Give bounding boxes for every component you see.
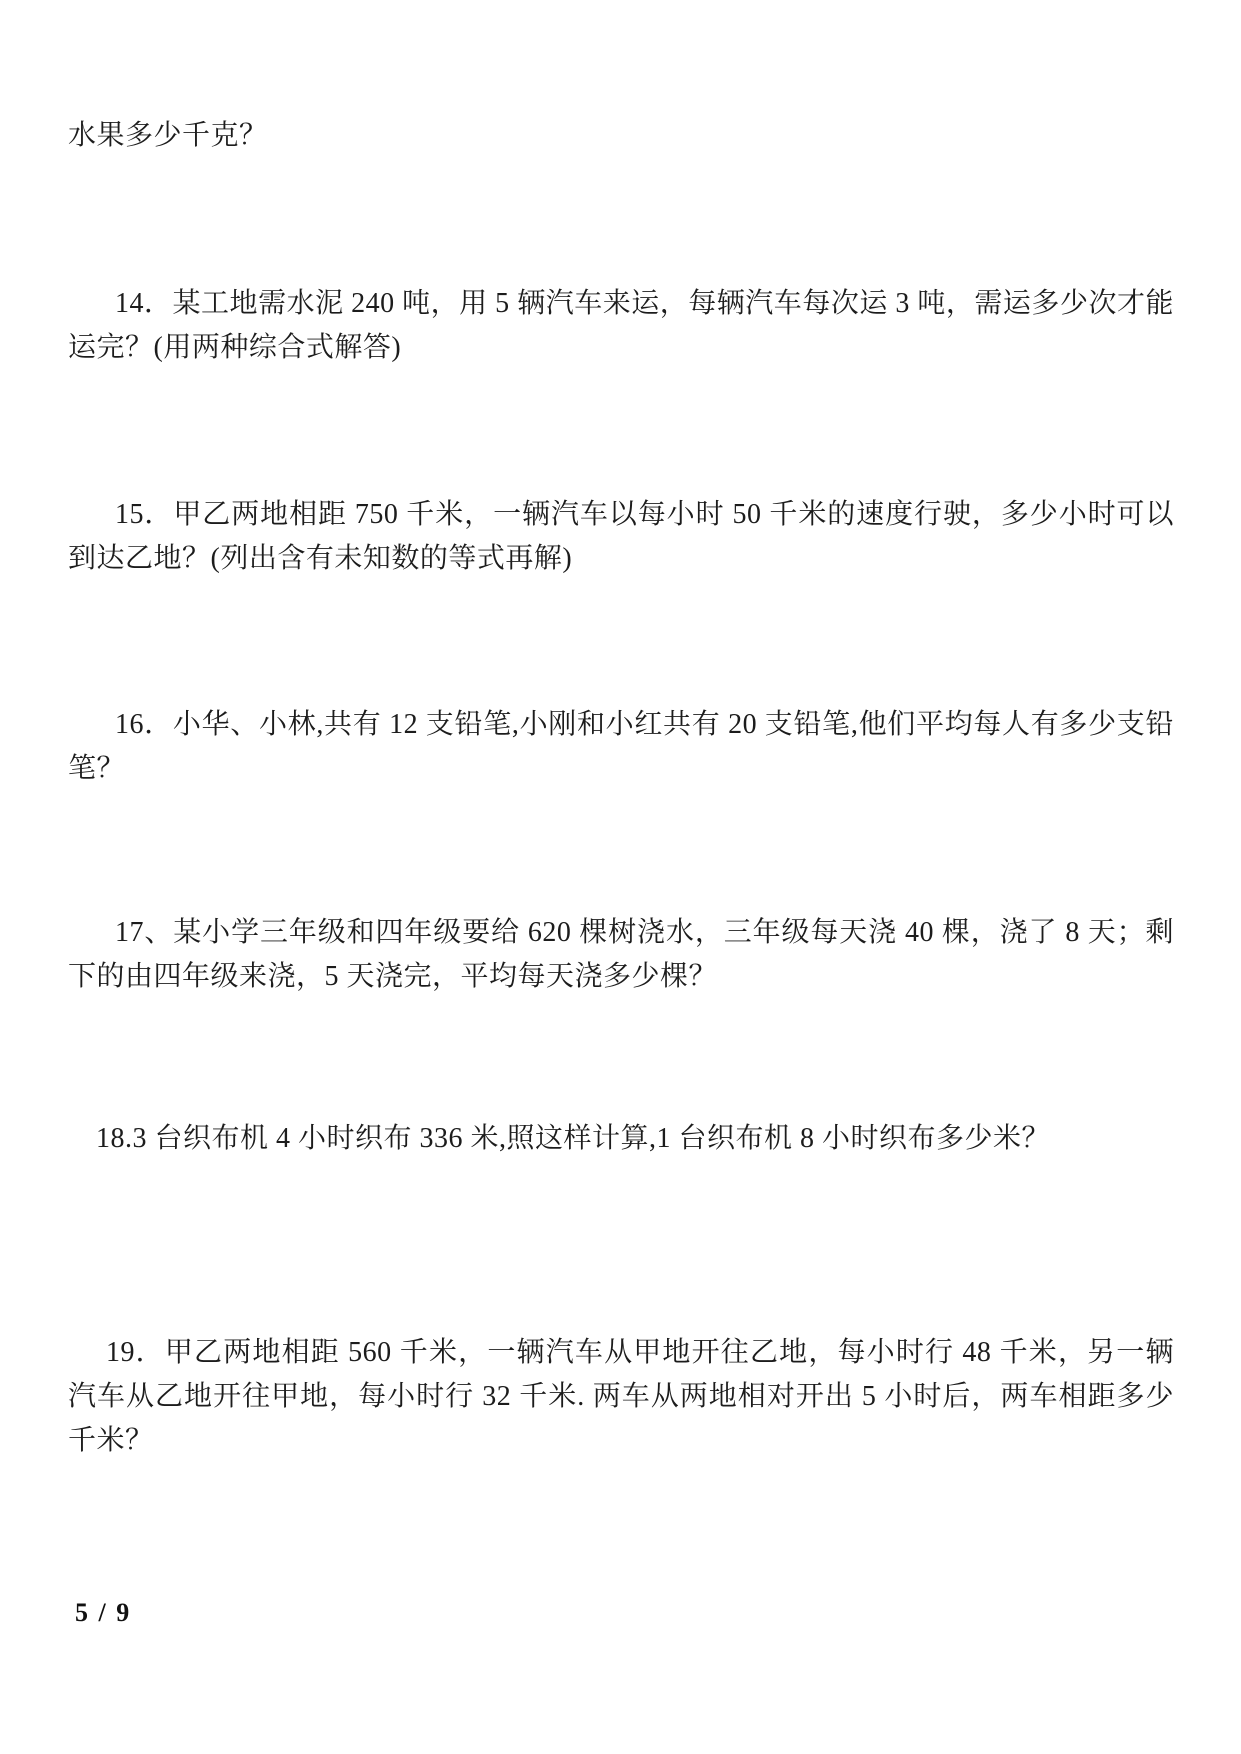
worksheet-page: 水果多少千克？ 14．某工地需水泥 240 吨，用 5 辆汽车来运，每辆汽车每次… bbox=[0, 0, 1241, 1754]
question-15-text: 15．甲乙两地相距 750 千米，一辆汽车以每小时 50 千米的速度行驶，多少小… bbox=[68, 493, 1174, 581]
question-13-continuation-text: 水果多少千克？ bbox=[68, 114, 1174, 158]
question-16-text: 16．小华、小林,共有 12 支铅笔,小刚和小红共有 20 支铅笔,他们平均每人… bbox=[68, 703, 1174, 791]
question-18-text: 18.3 台织布机 4 小时织布 336 米,照这样计算,1 台织布机 8 小时… bbox=[68, 1117, 1174, 1161]
page-number: 5 / 9 bbox=[75, 1598, 131, 1628]
question-19-text: 19．甲乙两地相距 560 千米，一辆汽车从甲地开往乙地，每小时行 48 千米，… bbox=[68, 1331, 1174, 1463]
question-14-text: 14．某工地需水泥 240 吨，用 5 辆汽车来运，每辆汽车每次运 3 吨，需运… bbox=[68, 282, 1174, 370]
question-17-text: 17、某小学三年级和四年级要给 620 棵树浇水，三年级每天浇 40 棵，浇了 … bbox=[68, 911, 1174, 999]
